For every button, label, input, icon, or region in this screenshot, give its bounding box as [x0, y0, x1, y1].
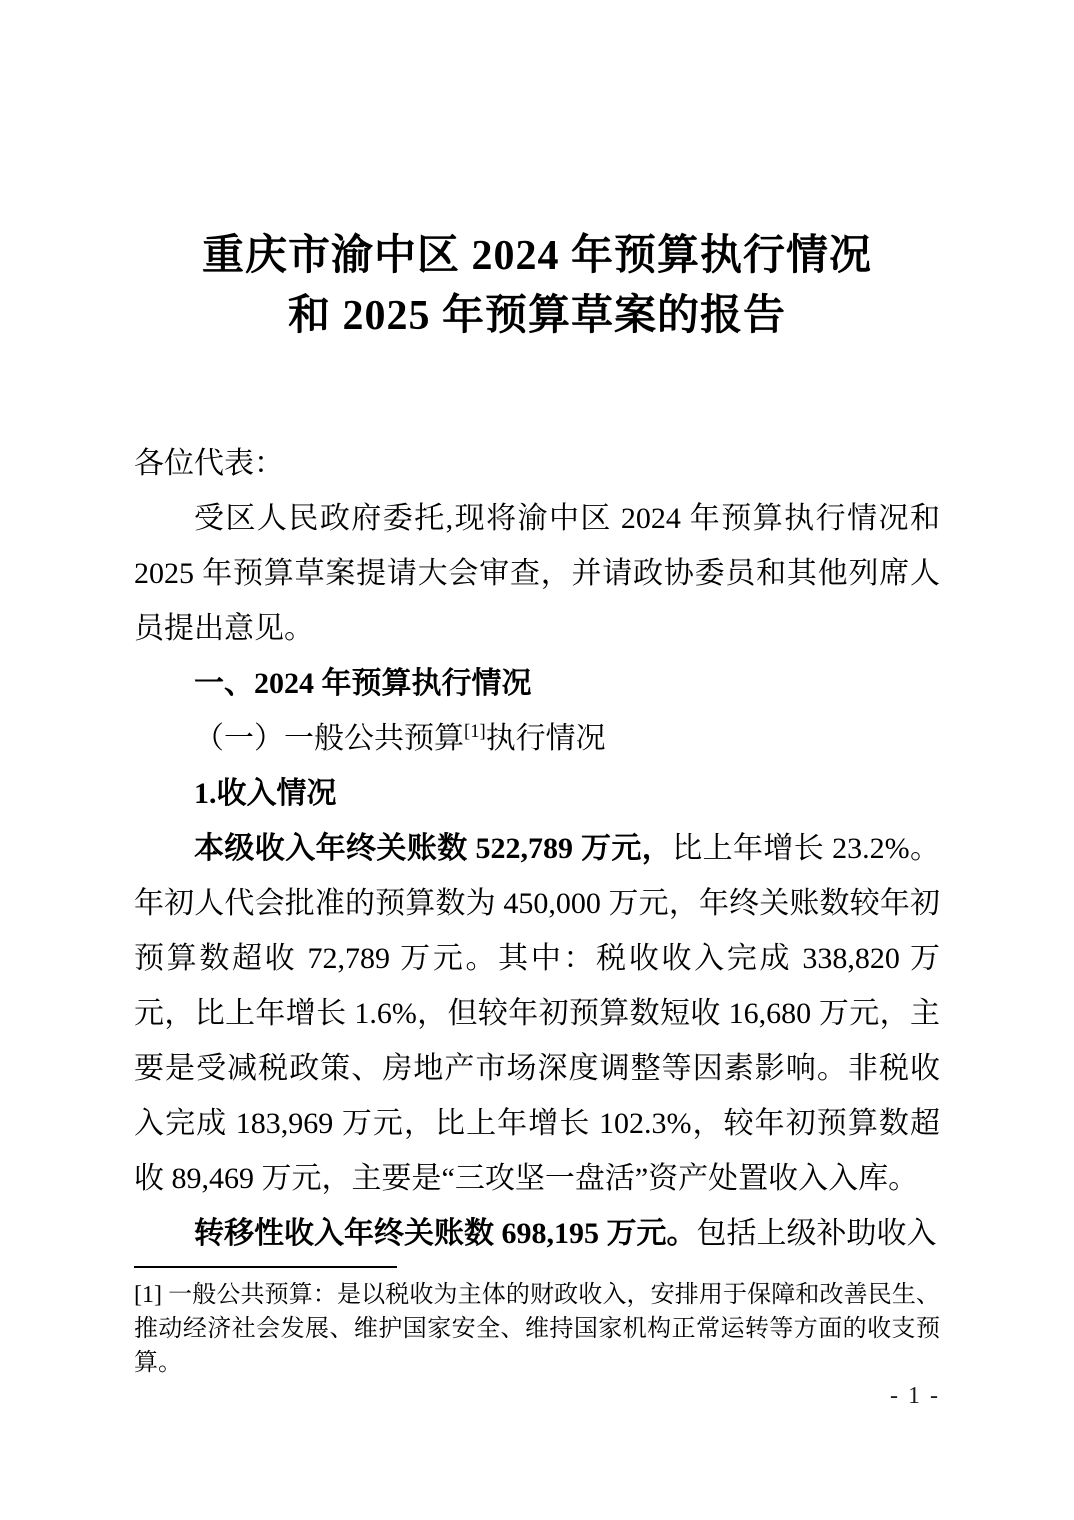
document-body: 各位代表： 受区人民政府委托,现将渝中区 2024 年预算执行情况和 2025 … — [134, 436, 940, 1261]
document-title: 重庆市渝中区 2024 年预算执行情况 和 2025 年预算草案的报告 — [134, 226, 940, 346]
subsection-heading-text: （一）一般公共预算 — [194, 722, 464, 755]
page-number: - 1 - — [890, 1383, 940, 1410]
income-paragraph-rest: 比上年增长 23.2%。年初人代会批准的预算数为 450,000 万元，年终关账… — [134, 832, 940, 1195]
transfer-paragraph-lead: 转移性收入年终关账数 698,195 万元。 — [194, 1217, 697, 1250]
document-content: 重庆市渝中区 2024 年预算执行情况 和 2025 年预算草案的报告 各位代表… — [134, 0, 940, 1261]
transfer-paragraph: 转移性收入年终关账数 698,195 万元。包括上级补助收入 — [134, 1206, 940, 1261]
income-paragraph-lead: 本级收入年终关账数 522,789 万元， — [194, 832, 672, 865]
footnote-separator — [134, 1266, 397, 1268]
income-paragraph: 本级收入年终关账数 522,789 万元，比上年增长 23.2%。年初人代会批准… — [134, 821, 940, 1206]
item-heading: 1.收入情况 — [134, 766, 940, 821]
subsection-heading-tail: 执行情况 — [486, 722, 606, 755]
document-page: 重庆市渝中区 2024 年预算执行情况 和 2025 年预算草案的报告 各位代表… — [0, 0, 1074, 1520]
footnote: [1] 一般公共预算：是以税收为主体的财政收入，安排用于保障和改善民生、推动经济… — [134, 1266, 940, 1380]
footnote-reference: [1] — [464, 721, 486, 742]
title-line-1: 重庆市渝中区 2024 年预算执行情况 — [202, 233, 872, 279]
transfer-paragraph-rest: 包括上级补助收入 — [697, 1217, 937, 1250]
section-heading: 一、2024 年预算执行情况 — [134, 656, 940, 711]
intro-paragraph: 受区人民政府委托,现将渝中区 2024 年预算执行情况和 2025 年预算草案提… — [134, 491, 940, 656]
title-line-2: 和 2025 年预算草案的报告 — [288, 293, 786, 339]
footnote-text: [1] 一般公共预算：是以税收为主体的财政收入，安排用于保障和改善民生、推动经济… — [134, 1278, 940, 1380]
subsection-heading: （一）一般公共预算[1]执行情况 — [134, 711, 940, 766]
salutation: 各位代表： — [134, 436, 940, 491]
